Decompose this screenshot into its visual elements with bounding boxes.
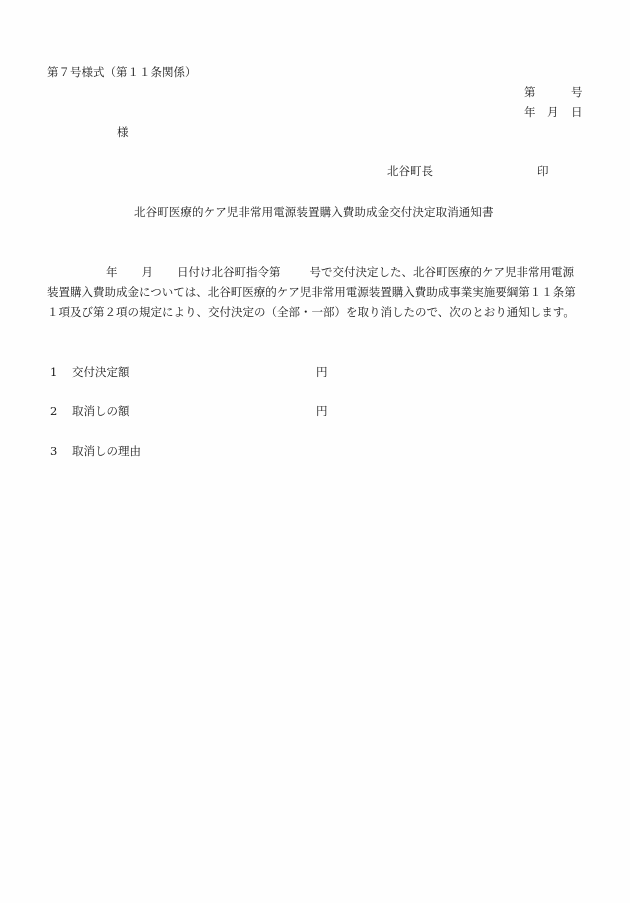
item-number: 1: [50, 367, 72, 379]
date-year: 年: [524, 107, 536, 119]
item-number: 3: [50, 446, 72, 458]
document-page: 第７号様式（第１１条関係） 第 号 年 月 日 様 北谷町長 印 北谷町医療的ケ…: [0, 0, 630, 903]
item-cancellation-reason: 3取消しの理由: [50, 446, 141, 458]
addressee-suffix: 様: [117, 127, 129, 139]
body-month: 月: [142, 265, 154, 279]
item-label: 取消しの理由: [72, 444, 141, 458]
body-line-1: 年月日付け北谷町指令第号で交付決定した、北谷町医療的ケア児非常用電源: [47, 267, 574, 279]
item-cancelled-amount: 2取消しの額: [50, 406, 130, 418]
item-unit-yen: 円: [316, 367, 328, 379]
item-label: 取消しの額: [72, 404, 130, 418]
item-label: 交付決定額: [72, 365, 130, 379]
date-month: 月: [547, 107, 559, 119]
reference-go: 号: [571, 87, 583, 99]
document-title: 北谷町医療的ケア児非常用電源装置購入費助成金交付決定取消通知書: [134, 207, 494, 219]
item-number: 2: [50, 406, 72, 418]
item-unit-yen: 円: [316, 406, 328, 418]
body-year: 年: [106, 265, 118, 279]
date-day: 日: [571, 107, 583, 119]
issuer-name: 北谷町長: [387, 166, 433, 178]
body-line1-rest: 号で交付決定した、北谷町医療的ケア児非常用電源: [310, 265, 575, 279]
body-day-text: 日付け北谷町指令第: [177, 265, 281, 279]
form-number: 第７号様式（第１１条関係）: [47, 67, 197, 79]
body-line-3: １項及び第２項の規定により、交付決定の（全部・一部）を取り消したので、次のとおり…: [47, 307, 575, 319]
reference-dai: 第: [524, 87, 536, 99]
body-line-2: 装置購入費助成金については、北谷町医療的ケア児非常用電源装置購入費助成事業実施要…: [47, 287, 576, 299]
seal-mark: 印: [537, 166, 549, 178]
item-granted-amount: 1交付決定額: [50, 367, 130, 379]
